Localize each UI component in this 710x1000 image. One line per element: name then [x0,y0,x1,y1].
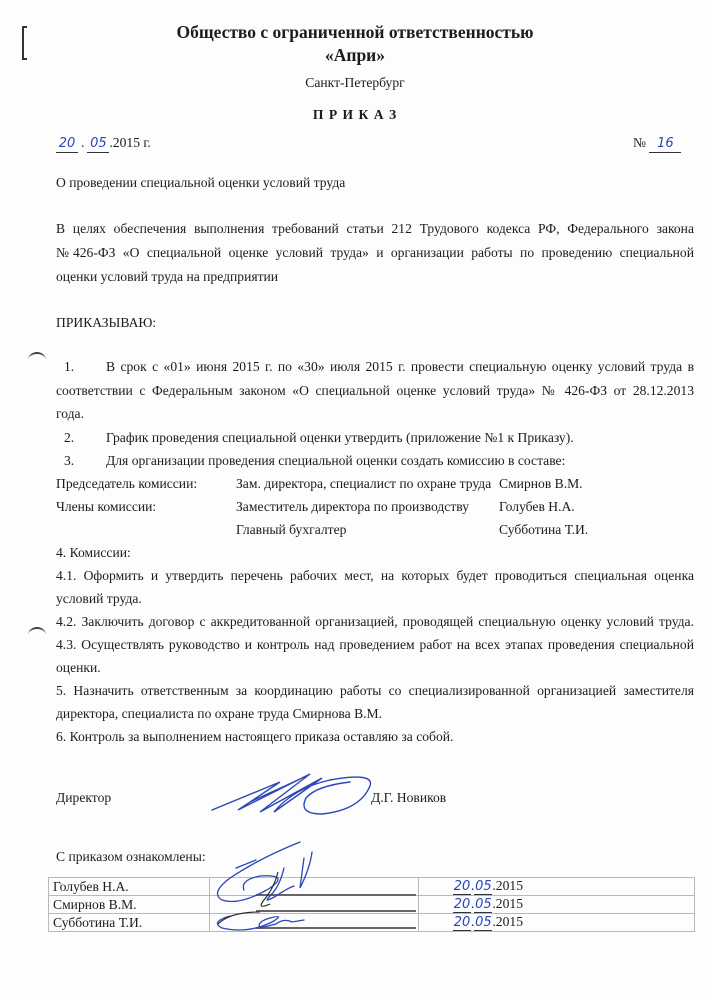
hole-punch-mark [28,627,46,643]
item-6-text: 6. Контроль за выполнением настоящего пр… [56,729,453,745]
employee-signatures [200,838,330,933]
ack-name: Голубев Н.А. [49,878,210,896]
item-4-3-line: 4.3. Осуществлять руководство и контроль… [56,637,694,653]
order-word: ПРИКАЗЫВАЮ: [56,315,156,331]
ack-date-month: 05 [474,897,492,913]
item-number: 2. [64,430,74,446]
preamble-line: В целях обеспечения выполнения требовани… [56,221,694,237]
signatory-title: Директор [56,790,111,806]
commission-role: Председатель комиссии: [56,476,197,492]
acknowledgement-table: Голубев Н.А. 20.05.2015 Смирнов В.М. 20.… [48,877,695,932]
date-sep: . [78,135,87,150]
item-5-line: 5. Назначить ответственным за координаци… [56,683,694,699]
ack-date-day: 20 [453,879,471,895]
table-row: Голубев Н.А. 20.05.2015 [49,878,695,896]
commission-name: Субботина Т.И. [499,522,588,538]
item-1-line: В срок с «01» июня 2015 г. по «30» июля … [106,359,694,375]
ack-date-day: 20 [453,897,471,913]
date-suffix: .2015 г. [109,135,150,150]
item-4-1-line: 4.1. Оформить и утвердить перечень рабоч… [56,568,694,584]
director-signature [210,768,380,818]
acknowledged-label: С приказом ознакомлены: [56,849,206,865]
order-subject: О проведении специальной оценки условий … [56,175,345,191]
ack-name: Смирнов В.М. [49,896,210,914]
org-name: Общество с ограниченной ответственностью [0,22,710,43]
org-name-short: «Апри» [0,45,710,66]
doc-type-title: П Р И К А З [0,107,710,123]
hole-punch-mark [28,352,46,368]
commission-position: Заместитель директора по производству [236,499,469,515]
item-1-line: соответствии с Федеральным законом «О сп… [56,383,694,399]
commission-name: Смирнов В.М. [499,476,583,492]
order-date: 20.05.2015 г. [56,135,151,153]
ack-date-year: .2015 [492,914,523,929]
item-4-1-line: условий труда. [56,591,142,607]
item-4-3-line: оценки. [56,660,101,676]
ack-date: 20.05.2015 [419,878,695,896]
commission-position: Главный бухгалтер [236,522,346,538]
item-number: 3. [64,453,74,469]
date-day-handwritten: 20 [56,136,78,153]
item-5-line: директора, специалиста по охране труда С… [56,706,382,722]
order-number: № 16 [633,135,681,153]
ack-date-month: 05 [474,915,492,931]
item-4-heading: 4. Комиссии: [56,545,131,561]
commission-role: Члены комиссии: [56,499,156,515]
item-1-line: года. [56,406,84,422]
preamble-line: оценки условий труда на предприятии [56,269,278,285]
item-3-text: Для организации проведения специальной о… [106,453,565,469]
ack-date-month: 05 [474,879,492,895]
ack-name: Субботина Т.И. [49,914,210,932]
number-handwritten: 16 [649,136,681,153]
city: Санкт-Петербург [0,75,710,91]
item-2-text: График проведения специальной оценки утв… [106,430,574,446]
ack-date: 20.05.2015 [419,896,695,914]
preamble-line: №426-ФЗ «О специальной оценке условий тр… [56,245,694,261]
ack-date-year: .2015 [492,896,523,911]
item-number: 1. [64,359,74,375]
ack-date: 20.05.2015 [419,914,695,932]
date-month-handwritten: 05 [87,136,109,153]
commission-position: Зам. директора, специалист по охране тру… [236,476,491,492]
number-label: № [633,135,646,150]
ack-date-day: 20 [453,915,471,931]
commission-name: Голубев Н.А. [499,499,575,515]
ack-date-year: .2015 [492,878,523,893]
item-4-2-text: 4.2. Заключить договор с аккредитованной… [56,614,694,630]
signatory-name: Д.Г. Новиков [371,790,446,806]
